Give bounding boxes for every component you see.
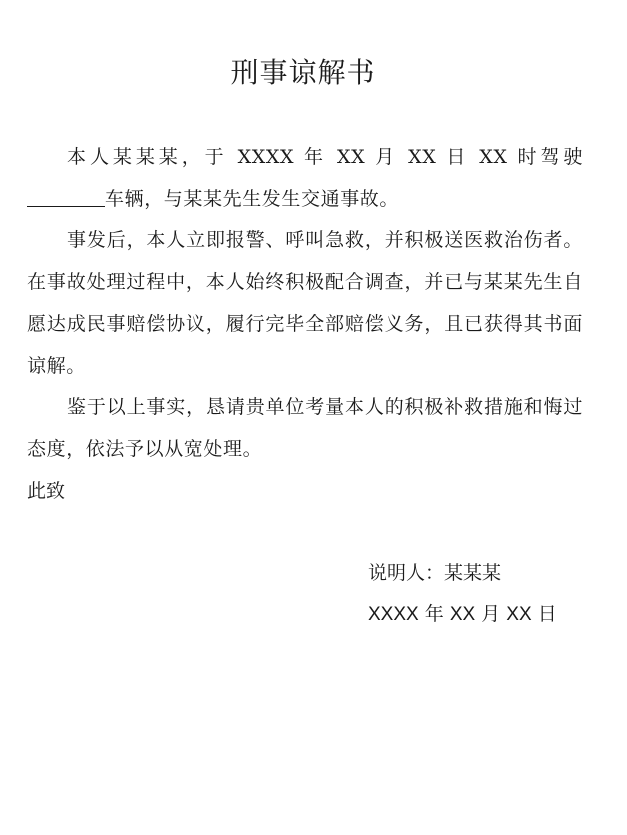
signer-name: 某某某 — [444, 562, 501, 584]
date-day-unit: 日 — [538, 603, 557, 625]
date-year: XXXX — [368, 604, 419, 625]
vehicle-blank-field[interactable] — [27, 186, 105, 207]
date-month-unit: 月 — [481, 603, 500, 625]
paragraph-incident: 本人某某某，于 XXXX 年 XX 月 XX 日 XX 时驾驶车辆，与某某先生发… — [27, 137, 583, 220]
signer-label: 说明人： — [368, 562, 444, 584]
incident-text-before-blank: 本人某某某，于 XXXX 年 XX 月 XX 日 XX 时驾驶 — [67, 146, 583, 168]
document-title: 刑事谅解书 — [0, 53, 606, 93]
document-body: 本人某某某，于 XXXX 年 XX 月 XX 日 XX 时驾驶车辆，与某某先生发… — [27, 137, 583, 512]
signer-line: 说明人：某某某 — [368, 553, 557, 594]
closing-salutation: 此致 — [27, 471, 583, 513]
signature-block: 说明人：某某某 XXXX 年 XX 月 XX 日 — [368, 553, 557, 635]
date-year-unit: 年 — [425, 603, 444, 625]
signature-date: XXXX 年 XX 月 XX 日 — [368, 594, 557, 635]
date-month: XX — [450, 604, 475, 625]
incident-text-after-blank: 车辆，与某某先生发生交通事故。 — [105, 188, 399, 210]
paragraph-actions: 事发后，本人立即报警、呼叫急救，并积极送医救治伤者。在事故处理过程中，本人始终积… — [27, 220, 583, 387]
paragraph-request: 鉴于以上事实，恳请贵单位考量本人的积极补救措施和悔过态度，依法予以从宽处理。 — [27, 387, 583, 470]
date-day: XX — [506, 604, 531, 625]
